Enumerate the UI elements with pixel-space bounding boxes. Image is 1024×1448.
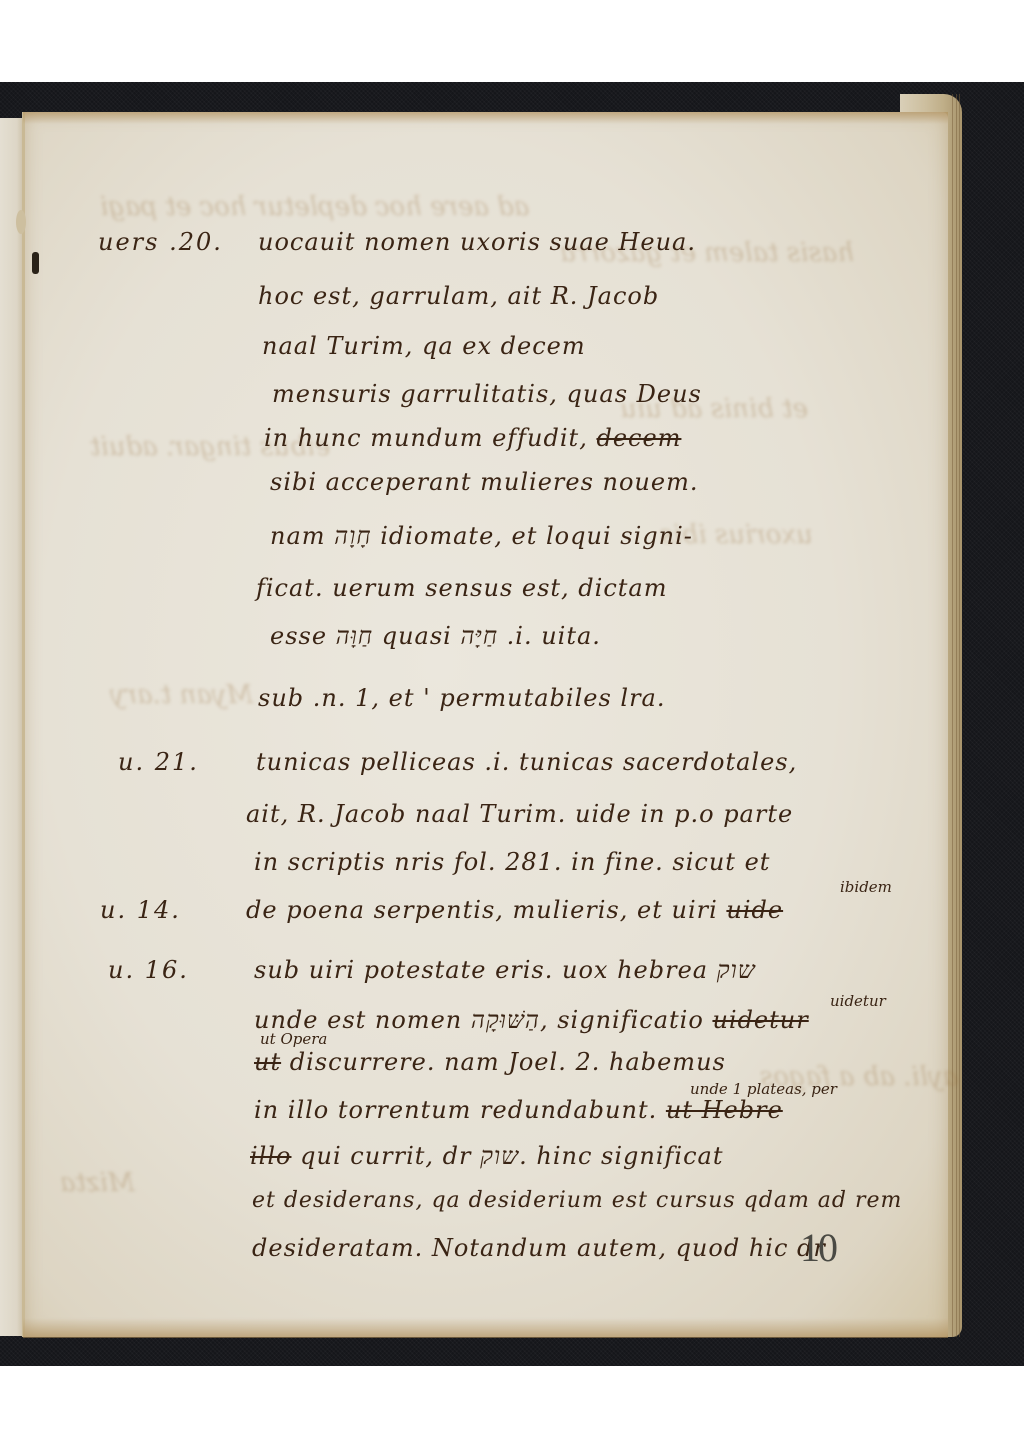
manuscript-line: naal Turim, qa ex decem (262, 332, 586, 360)
interlinear-insertion: ut Opera (260, 1030, 327, 1048)
margin-verse-ref: u. 21. (118, 748, 199, 776)
margin-verse-ref: uers .20. (98, 228, 223, 256)
struck-word: uide (726, 896, 783, 924)
top-edge-stain (23, 112, 948, 124)
manuscript-line: sibi acceperant mulieres nouem. (270, 468, 698, 496)
struck-word: ut Hebre (666, 1096, 783, 1124)
binding-nick (16, 210, 26, 234)
bleed-through-text: ad aere hoc depletur hoc et pagi (100, 192, 529, 222)
manuscript-line: sub .n. 1, et ' permutabiles lra. (258, 684, 666, 712)
previous-page-edge (0, 118, 24, 1336)
margin-verse-ref: u. 16. (108, 956, 189, 984)
interlinear-insertion: uidetur (830, 992, 886, 1010)
interlinear-insertion: ibidem (840, 878, 892, 896)
manuscript-line: esse חַוָּה quasi חַיָּה .i. uita. (270, 622, 601, 651)
struck-word: decem (596, 424, 681, 452)
manuscript-line: mensuris garrulitatis, quas Deus (272, 380, 702, 408)
top-white-band (0, 0, 1024, 82)
interlinear-insertion: unde 1 plateas, per (690, 1080, 837, 1098)
manuscript-line: nam חָוָה idiomate, et loqui signi- (270, 522, 693, 551)
line-text: in illo torrentum redundabunt. (254, 1096, 657, 1124)
manuscript-line: illo qui currit, dr שוק. hinc significat (250, 1142, 723, 1171)
line-text: qui currit, dr שוק. hinc significat (300, 1142, 723, 1170)
line-text: in hunc mundum effudit, (264, 424, 588, 452)
struck-word: ut (254, 1048, 281, 1076)
manuscript-line: sub uiri potestate eris. uox hebrea שוק (254, 956, 756, 985)
bleed-through-text: Myan t.ary (110, 680, 253, 710)
manuscript-line: ficat. uerum sensus est, dictam (256, 574, 668, 602)
manuscript-line: ut discurrere. nam Joel. 2. habemus (254, 1048, 726, 1076)
manuscript-line: tunicas pelliceas .i. tunicas sacerdotal… (256, 748, 797, 776)
manuscript-line: hoc est, garrulam, ait R. Jacob (258, 282, 659, 310)
bottom-edge-stain (23, 1318, 948, 1338)
manuscript-line: in hunc mundum effudit, decem (264, 424, 681, 452)
manuscript-line: uocauit nomen uxoris suae Heua. (258, 228, 696, 256)
manuscript-line: desideratam. Notandum autem, quod hic dr (252, 1234, 826, 1262)
struck-word: uidetur (712, 1006, 808, 1034)
bottom-white-band (0, 1366, 1024, 1448)
gutter-fold (22, 112, 25, 1337)
manuscript-line: in scriptis nris fol. 281. in fine. sicu… (254, 848, 770, 876)
ink-blot (32, 252, 39, 274)
manuscript-line: de poena serpentis, mulieris, et uiri ui… (246, 896, 783, 924)
manuscript-line: unde est nomen הַשּׁוּקָה, significatio … (254, 1006, 809, 1035)
margin-verse-ref: u. 14. (100, 896, 181, 924)
line-text: discurrere. nam Joel. 2. habemus (290, 1048, 726, 1076)
manuscript-line: et desiderans, qa desiderium est cursus … (252, 1188, 902, 1213)
manuscript-line: in illo torrentum redundabunt. ut Hebre (254, 1096, 783, 1124)
struck-word: illo (250, 1142, 291, 1170)
bleed-through-text: Mizta (60, 1168, 135, 1198)
manuscript-line: ait, R. Jacob naal Turim. uide in p.o pa… (246, 800, 793, 828)
line-text: de poena serpentis, mulieris, et uiri (246, 896, 718, 924)
folio-number-stamp: 10 (800, 1224, 836, 1271)
